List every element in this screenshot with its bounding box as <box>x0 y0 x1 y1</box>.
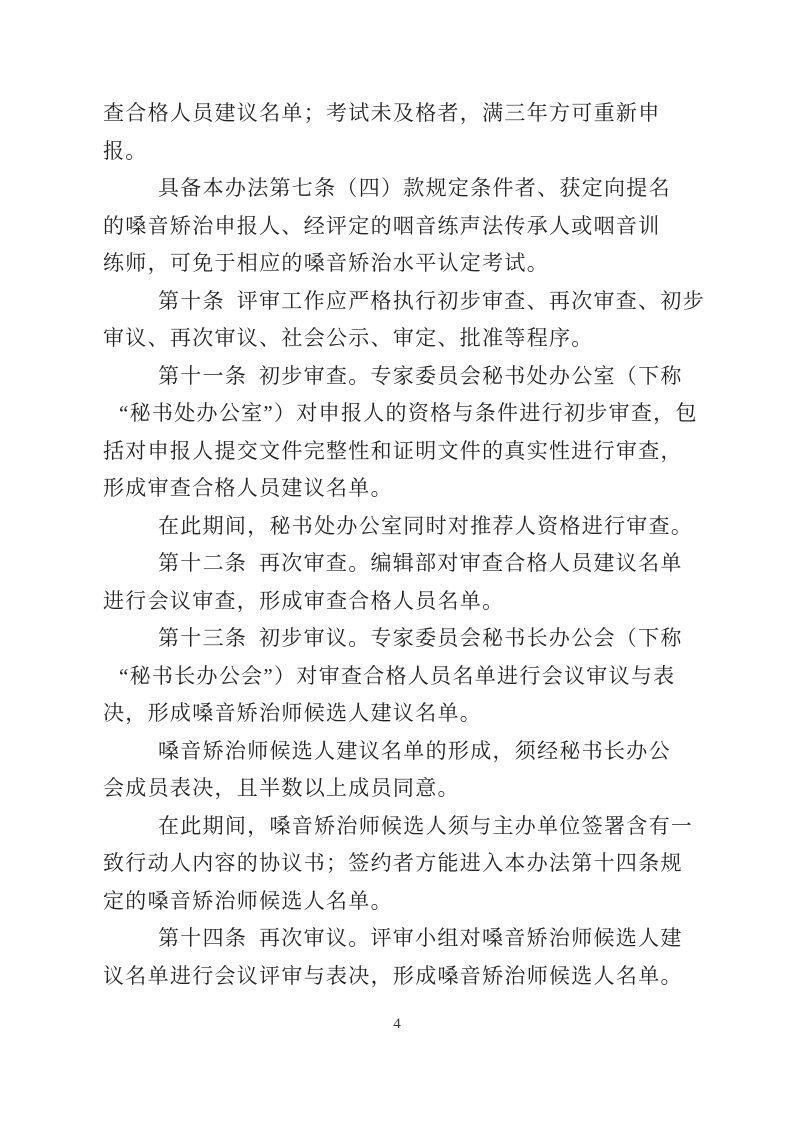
text-line: 进行会议审查，形成审查合格人员名单。 <box>103 583 691 621</box>
text-line: 决，形成嗓音矫治师候选人建议名单。 <box>103 695 691 733</box>
text-line: 致行动人内容的协议书；签约者方能进入本办法第十四条规 <box>103 845 691 883</box>
text-line: 的嗓音矫治申报人、经评定的咽音练声法传承人或咽音训 <box>103 208 691 246</box>
text-line: 第十四条 再次审议。评审小组对嗓音矫治师候选人建 <box>103 920 691 958</box>
text-line: 定的嗓音矫治师候选人名单。 <box>103 883 691 921</box>
text-line: 括对申报人提交文件完整性和证明文件的真实性进行审查， <box>103 433 691 471</box>
text-line: 第十一条 初步审查。专家委员会秘书处办公室（下称 <box>103 358 691 396</box>
text-line: “秘书长办公会”）对审查合格人员名单进行会议审议与表 <box>103 658 691 696</box>
text-line: 在此期间，秘书处办公室同时对推荐人资格进行审查。 <box>103 508 691 546</box>
text-line: 第十二条 再次审查。编辑部对审查合格人员建议名单 <box>103 545 691 583</box>
text-line: 查合格人员建议名单；考试未及格者，满三年方可重新申 <box>103 95 691 133</box>
text-line: 第十条 评审工作应严格执行初步审查、再次审查、初步 <box>103 283 691 321</box>
text-line: 审议、再次审议、社会公示、审定、批准等程序。 <box>103 320 691 358</box>
text-line: 议名单进行会议评审与表决，形成嗓音矫治师候选人名单。 <box>103 958 691 996</box>
document-body: 查合格人员建议名单；考试未及格者，满三年方可重新申报。具备本办法第七条（四）款规… <box>103 95 691 995</box>
document-page: 查合格人员建议名单；考试未及格者，满三年方可重新申报。具备本办法第七条（四）款规… <box>0 0 794 1123</box>
text-line: 练师，可免于相应的嗓音矫治水平认定考试。 <box>103 245 691 283</box>
text-line: “秘书处办公室”）对申报人的资格与条件进行初步审查，包 <box>103 395 691 433</box>
text-line: 第十三条 初步审议。专家委员会秘书长办公会（下称 <box>103 620 691 658</box>
page-number: 4 <box>0 1014 794 1034</box>
text-line: 形成审查合格人员建议名单。 <box>103 470 691 508</box>
text-line: 嗓音矫治师候选人建议名单的形成，须经秘书长办公 <box>103 733 691 771</box>
text-line: 报。 <box>103 133 691 171</box>
text-line: 具备本办法第七条（四）款规定条件者、获定向提名 <box>103 170 691 208</box>
text-line: 在此期间，嗓音矫治师候选人须与主办单位签署含有一 <box>103 808 691 846</box>
text-line: 会成员表决，且半数以上成员同意。 <box>103 770 691 808</box>
